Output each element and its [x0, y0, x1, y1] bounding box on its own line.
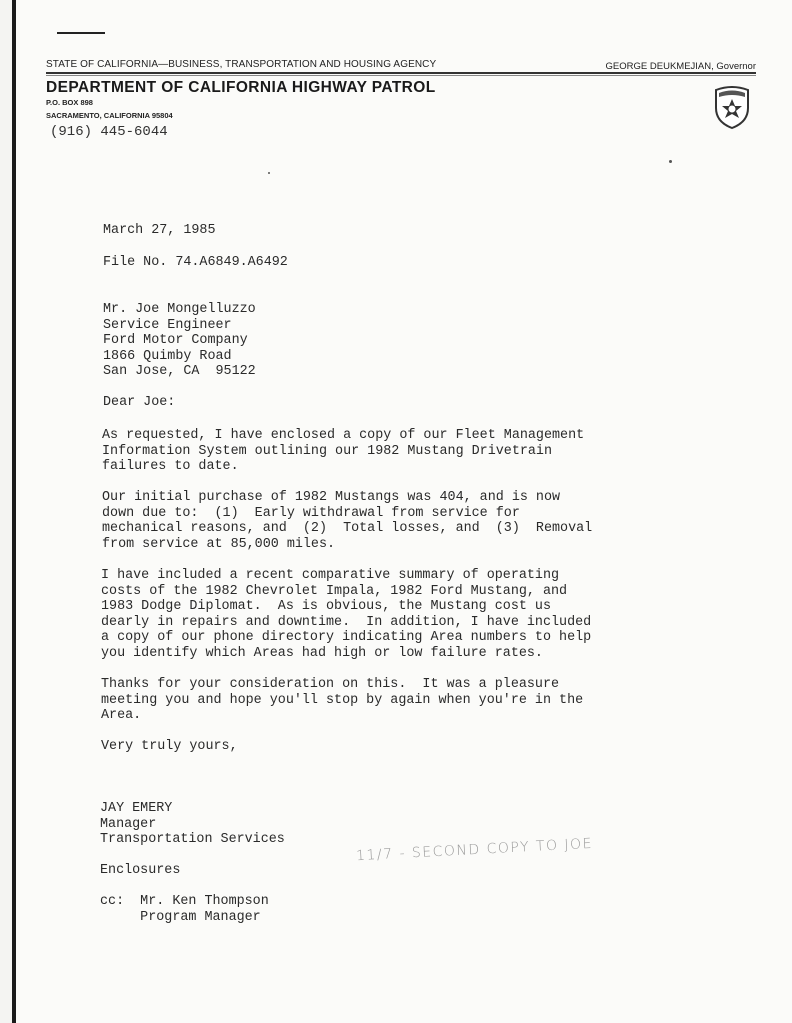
closing: Very truly yours,: [101, 739, 238, 755]
signer-department: Transportation Services: [100, 832, 285, 848]
governor-line: GEORGE DEUKMEJIAN, Governor: [606, 61, 756, 72]
department-name: DEPARTMENT OF CALIFORNIA HIGHWAY PATROL: [46, 79, 436, 97]
recipient-title: Service Engineer: [103, 318, 256, 334]
body-paragraph: I have included a recent comparative sum…: [101, 568, 591, 662]
signer-name: JAY EMERY: [100, 801, 285, 817]
header-dash-mark: [57, 32, 105, 34]
scan-speck: [669, 160, 672, 163]
body-paragraph: As requested, I have enclosed a copy of …: [102, 428, 584, 475]
chp-badge-seal-icon: [712, 84, 752, 130]
signer-title: Manager: [100, 817, 285, 833]
recipient-city: San Jose, CA 95122: [103, 364, 256, 380]
header-rule: [46, 72, 756, 74]
signature-block: JAY EMERYManagerTransportation Services: [100, 801, 285, 848]
file-number: File No. 74.A6849.A6492: [103, 255, 288, 271]
salutation: Dear Joe:: [103, 395, 175, 411]
agency-line: STATE OF CALIFORNIA—BUSINESS, TRANSPORTA…: [46, 59, 436, 70]
recipient-company: Ford Motor Company: [103, 333, 256, 349]
cc-line: cc: Mr. Ken Thompson Program Manager: [100, 894, 269, 925]
body-paragraph: Thanks for your consideration on this. I…: [101, 677, 583, 724]
letter-date: March 27, 1985: [103, 223, 216, 239]
enclosures-line: Enclosures: [100, 863, 180, 879]
scan-edge: [12, 0, 16, 1023]
po-box: P.O. BOX 898: [46, 98, 93, 107]
recipient-name: Mr. Joe Mongelluzzo: [103, 302, 256, 318]
scan-speck: [268, 172, 270, 174]
header-rule-thin: [46, 75, 756, 76]
body-paragraph: Our initial purchase of 1982 Mustangs wa…: [102, 490, 592, 552]
city-line: SACRAMENTO, CALIFORNIA 95804: [46, 111, 173, 120]
phone-number: (916) 445-6044: [50, 124, 168, 140]
recipient-address: Mr. Joe MongelluzzoService EngineerFord …: [103, 302, 256, 380]
recipient-street: 1866 Quimby Road: [103, 349, 256, 365]
